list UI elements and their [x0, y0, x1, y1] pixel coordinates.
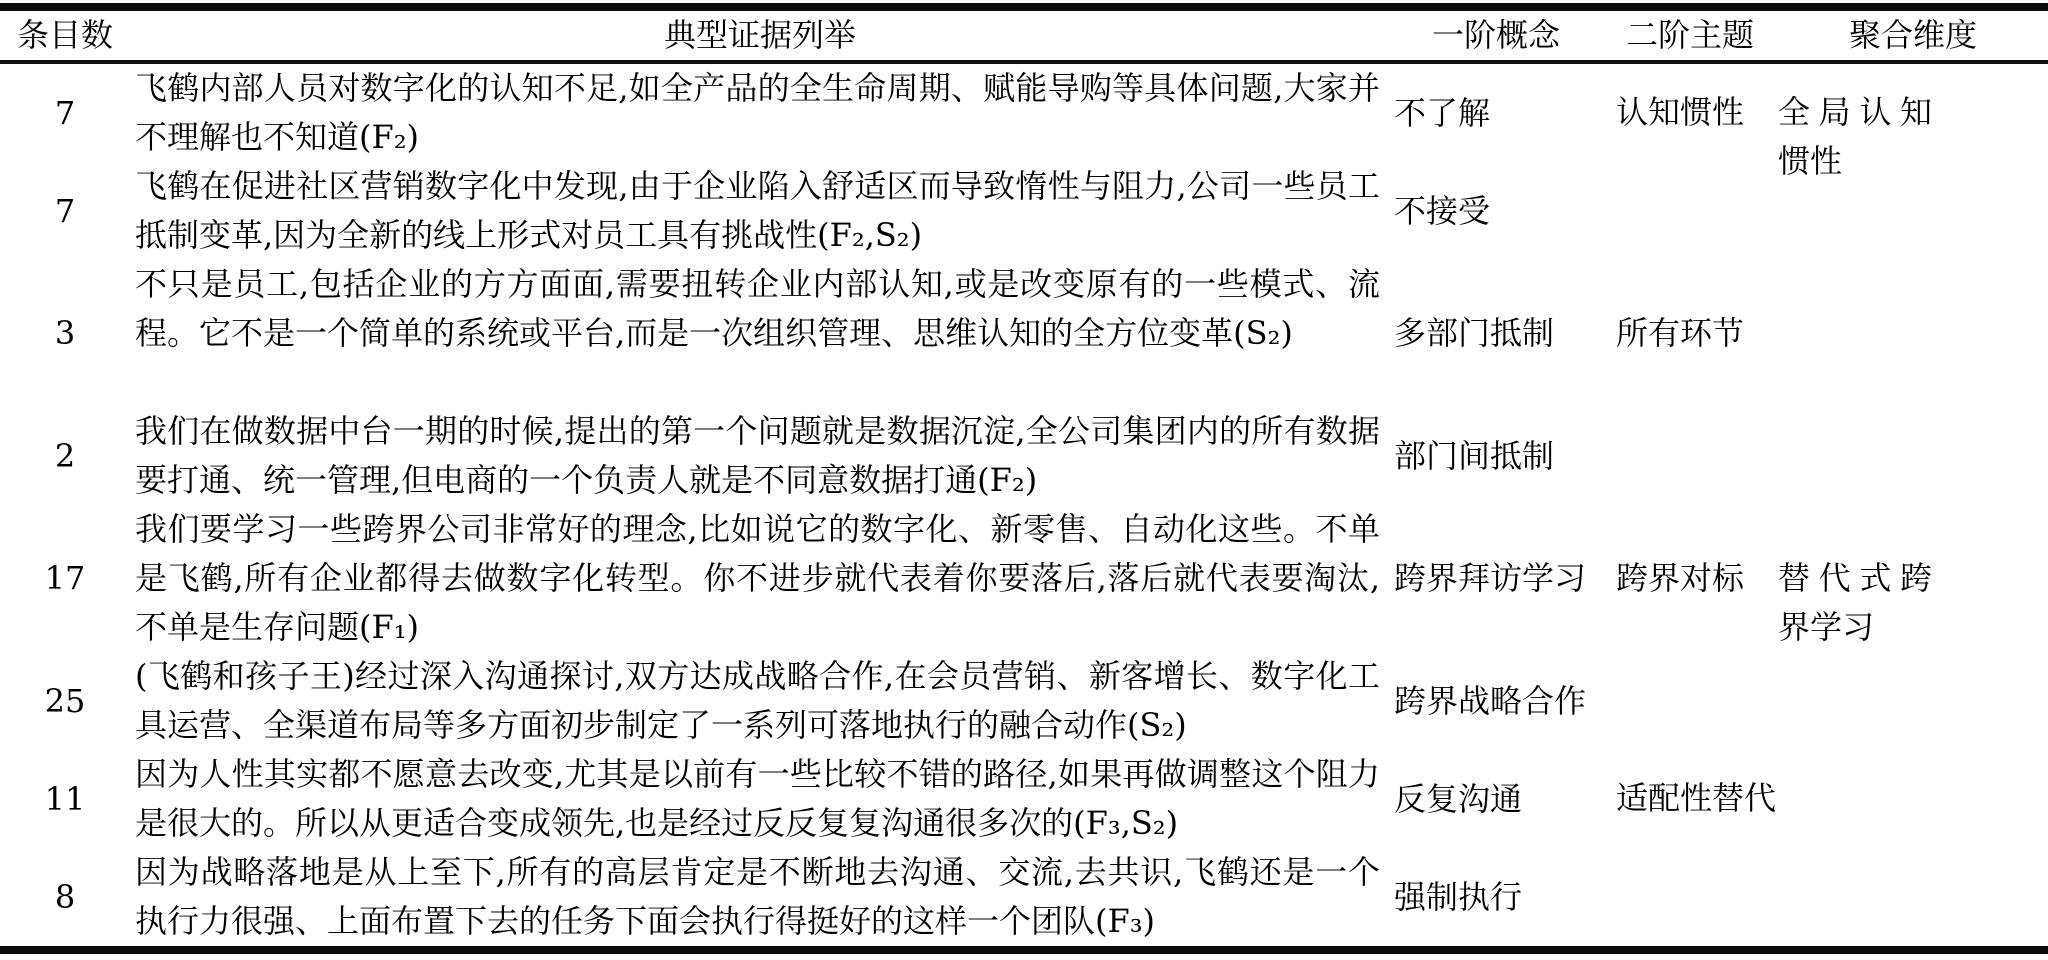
- table-row: 11 因为人性其实都不愿意去改变,尤其是以前有一些比较不错的路径,如果再做调整这…: [0, 750, 2048, 848]
- second-order-theme-cell: 跨界对标: [1602, 505, 1778, 750]
- evidence-cell: (飞鹤和孩子王)经过深入沟通探讨,双方达成战略合作,在会员营销、新客增长、数字化…: [130, 652, 1390, 750]
- entry-count-cell: 7: [0, 62, 130, 162]
- entry-count-cell: 3: [0, 260, 130, 407]
- first-order-concept-cell: 反复沟通: [1390, 750, 1602, 848]
- header-aggregate-dimension: 聚合维度: [1778, 7, 2048, 62]
- aggregate-dimension-cell: 全局认知惯性: [1778, 62, 2048, 505]
- table-row: 7 飞鹤内部人员对数字化的认知不足,如全产品的全生命周期、赋能导购等具体问题,大…: [0, 62, 2048, 162]
- header-second-order-theme: 二阶主题: [1602, 7, 1778, 62]
- first-order-concept-cell: 部门间抵制: [1390, 407, 1602, 505]
- second-order-theme-cell: 适配性替代: [1602, 750, 1778, 950]
- evidence-cell: 因为战略落地是从上至下,所有的高层肯定是不断地去沟通、交流,去共识,飞鹤还是一个…: [130, 848, 1390, 950]
- header-first-order-concept: 一阶概念: [1390, 7, 1602, 62]
- evidence-cell: 因为人性其实都不愿意去改变,尤其是以前有一些比较不错的路径,如果再做调整这个阻力…: [130, 750, 1390, 848]
- header-row: 条目数 典型证据列举 一阶概念 二阶主题 聚合维度: [0, 7, 2048, 62]
- entry-count-cell: 7: [0, 162, 130, 260]
- table-row: 17 我们要学习一些跨界公司非常好的理念,比如说它的数字化、新零售、自动化这些。…: [0, 505, 2048, 652]
- first-order-concept-cell: 不接受: [1390, 162, 1602, 260]
- entry-count-cell: 2: [0, 407, 130, 505]
- evidence-cell: 我们在做数据中台一期的时候,提出的第一个问题就是数据沉淀,全公司集团内的所有数据…: [130, 407, 1390, 505]
- evidence-cell: 不只是员工,包括企业的方方面面,需要扭转企业内部认知,或是改变原有的一些模式、流…: [130, 260, 1390, 407]
- second-order-theme-cell: 认知惯性: [1602, 62, 1778, 260]
- aggregate-dimension-cell: 替代式跨界学习: [1778, 505, 2048, 950]
- first-order-concept-cell: 多部门抵制: [1390, 260, 1602, 407]
- table-row: 3 不只是员工,包括企业的方方面面,需要扭转企业内部认知,或是改变原有的一些模式…: [0, 260, 2048, 407]
- first-order-concept-cell: 跨界拜访学习: [1390, 505, 1602, 652]
- evidence-cell: 我们要学习一些跨界公司非常好的理念,比如说它的数字化、新零售、自动化这些。不单是…: [130, 505, 1390, 652]
- paper-page: 条目数 典型证据列举 一阶概念 二阶主题 聚合维度 7 飞鹤内部人员对数字化的认…: [0, 0, 2048, 960]
- second-order-theme-cell: 所有环节: [1602, 260, 1778, 505]
- first-order-concept-cell: 强制执行: [1390, 848, 1602, 950]
- table-header: 条目数 典型证据列举 一阶概念 二阶主题 聚合维度: [0, 7, 2048, 62]
- entry-count-cell: 25: [0, 652, 130, 750]
- table-body: 7 飞鹤内部人员对数字化的认知不足,如全产品的全生命周期、赋能导购等具体问题,大…: [0, 62, 2048, 950]
- first-order-concept-cell: 不了解: [1390, 62, 1602, 162]
- entry-count-cell: 8: [0, 848, 130, 950]
- first-order-concept-cell: 跨界战略合作: [1390, 652, 1602, 750]
- evidence-cell: 飞鹤内部人员对数字化的认知不足,如全产品的全生命周期、赋能导购等具体问题,大家并…: [130, 62, 1390, 162]
- header-typical-evidence: 典型证据列举: [130, 7, 1390, 62]
- gioia-coding-table: 条目数 典型证据列举 一阶概念 二阶主题 聚合维度 7 飞鹤内部人员对数字化的认…: [0, 3, 2048, 954]
- entry-count-cell: 11: [0, 750, 130, 848]
- entry-count-cell: 17: [0, 505, 130, 652]
- evidence-cell: 飞鹤在促进社区营销数字化中发现,由于企业陷入舒适区而导致惰性与阻力,公司一些员工…: [130, 162, 1390, 260]
- header-entry-count: 条目数: [0, 7, 130, 62]
